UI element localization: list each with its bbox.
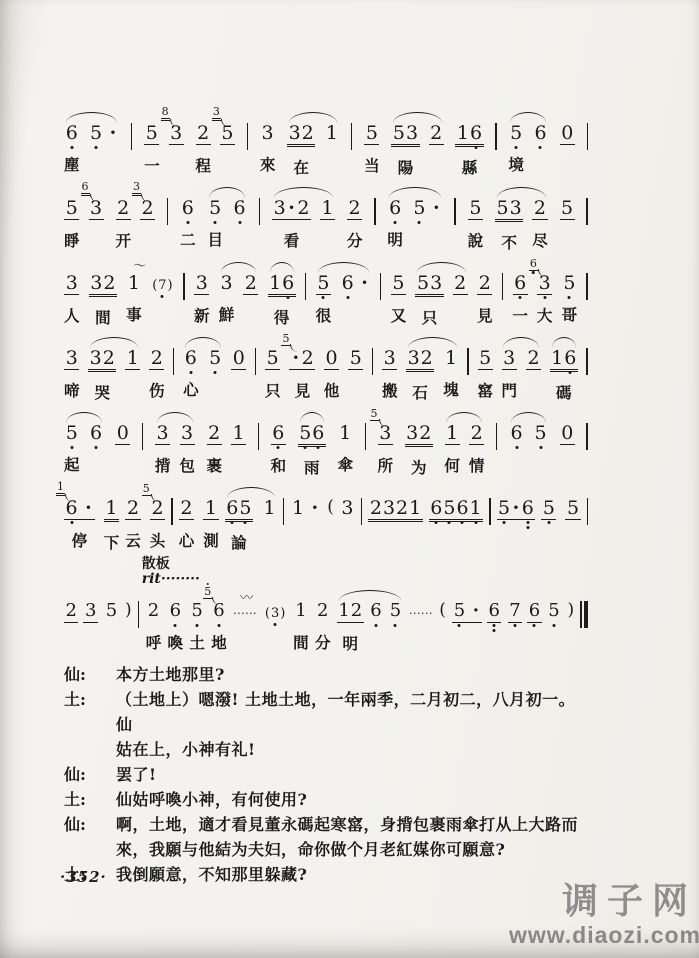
- digit: 1: [338, 601, 350, 621]
- lyric-text: 雨: [304, 459, 320, 477]
- note: 5: [208, 348, 223, 369]
- note-group: 3·2看1: [272, 183, 335, 250]
- note-group: 32石1塊: [406, 333, 459, 402]
- note-group: 56雨: [298, 408, 326, 477]
- lyric-text: 土: [189, 634, 205, 652]
- note-digits: 6: [509, 423, 524, 444]
- note-digits: 6: [513, 273, 528, 295]
- octave-dot: [231, 521, 234, 524]
- note: 1: [324, 123, 339, 144]
- note-group: 16得: [268, 258, 296, 327]
- note-digits: 2321: [368, 498, 422, 522]
- digit: ·: [290, 348, 301, 368]
- digit: 5: [498, 498, 511, 518]
- lyric-text: 程: [195, 157, 211, 175]
- note: 2分: [315, 601, 331, 652]
- dialogue-row: 土:（土地上）嗯潑! 土地土地，一年兩季，二月初二，八月初一。仙姑在上，小神有礼…: [64, 687, 590, 762]
- lyric-text: 搬: [382, 382, 398, 400]
- digit: 2: [350, 601, 362, 621]
- digit: 2: [197, 123, 210, 143]
- note: 1傘: [337, 423, 353, 474]
- barline: [259, 198, 260, 225]
- note-digits: 3: [64, 273, 79, 295]
- barline: [142, 423, 143, 450]
- note: 2見: [477, 273, 493, 325]
- note: (3): [263, 601, 286, 621]
- lyric-text: 二: [180, 231, 196, 249]
- octave-dot: [206, 583, 209, 586]
- digit: 3: [382, 498, 395, 518]
- note-digits: 5: [208, 348, 223, 369]
- digit: 1: [204, 498, 217, 518]
- note-digits: 1: [443, 348, 458, 369]
- note: 1下: [104, 498, 120, 552]
- digit: 5: [510, 123, 523, 143]
- note-group: 0: [560, 108, 575, 145]
- digit: 1: [232, 423, 245, 443]
- lyric-text: 新: [194, 307, 210, 325]
- note: 53不: [495, 198, 523, 252]
- note-group: 6二: [180, 183, 196, 249]
- note-digits: 3: [64, 348, 79, 370]
- digit: 2: [396, 498, 409, 518]
- note-group: 53只2: [415, 258, 467, 327]
- note-group: 5: [560, 183, 575, 220]
- note-digits: 6: [271, 423, 286, 445]
- digit: 5: [65, 423, 78, 443]
- lyric-text: 傘: [337, 456, 353, 474]
- digit: 5: [209, 198, 222, 218]
- note-digits: 5: [533, 423, 548, 444]
- note-group: 12明65: [337, 586, 403, 653]
- note-digits: 6: [232, 198, 247, 219]
- octave-dot: [435, 521, 438, 524]
- note: 16碼: [550, 348, 578, 402]
- note: 53只: [415, 273, 443, 327]
- note-group: 5很6·: [316, 258, 371, 325]
- digit: 5: [191, 601, 203, 621]
- paren-mark: ): [567, 601, 574, 619]
- note-digits: 2: [532, 198, 547, 220]
- digit: 2: [150, 348, 163, 368]
- note-group: 5窰: [477, 333, 493, 400]
- octave-dot: [287, 296, 290, 299]
- note: 3: [340, 498, 355, 519]
- octave-dot: [374, 624, 377, 627]
- note-group: 3新: [194, 258, 210, 325]
- lyric-text: 伤: [149, 382, 165, 400]
- lyric-text: 陽: [398, 159, 414, 177]
- digit: 2: [430, 123, 443, 143]
- digit: 6: [65, 498, 78, 518]
- note-group: 2裹1: [206, 408, 246, 475]
- lyric-text: 大: [537, 307, 553, 325]
- note: 5当: [364, 123, 380, 175]
- barline: [586, 198, 587, 225]
- note-digits: ·2: [289, 348, 315, 370]
- digit: ·: [83, 498, 94, 518]
- digit: 2: [478, 273, 491, 293]
- digit: 2: [420, 348, 433, 368]
- note: 1: [231, 423, 246, 445]
- note-digits: 5: [388, 601, 402, 622]
- note: 2程: [195, 123, 211, 175]
- digit: 6: [521, 498, 534, 518]
- note-digits: 12: [337, 601, 364, 623]
- dialogue-text: 罢了!: [116, 762, 157, 787]
- note: 2尽: [532, 198, 548, 250]
- note-digits: 6: [212, 601, 226, 622]
- note-group: 3人: [64, 258, 80, 325]
- note-group: 5: [104, 586, 118, 622]
- barline: [351, 123, 352, 150]
- note: 1間: [293, 601, 309, 652]
- octave-dot: [70, 521, 73, 524]
- note-digits: 3: [260, 123, 275, 144]
- page-number: ·352·: [60, 868, 107, 886]
- note-digits: 3: [219, 273, 234, 294]
- note: 6561: [429, 498, 483, 522]
- octave-dot: [70, 446, 73, 449]
- digit: 1: [321, 198, 334, 218]
- note-digits: 5: [478, 348, 493, 370]
- note-group: 0: [115, 408, 130, 445]
- digit: 6: [226, 498, 239, 518]
- digit: 6: [65, 123, 78, 143]
- note: 5: [388, 601, 402, 622]
- note-group: 6明5·: [387, 183, 442, 249]
- note-group: 0: [231, 333, 246, 370]
- note-group: 5只5·2見: [265, 333, 315, 400]
- note: 56雨: [298, 423, 326, 477]
- digit: 2: [317, 601, 329, 621]
- digit: 7: [509, 601, 521, 621]
- barline: [374, 198, 375, 225]
- note-digits: 5: [316, 273, 331, 295]
- digit: 6: [389, 198, 402, 218]
- octave-dot: [474, 521, 477, 524]
- note-digits: 3: [155, 423, 170, 445]
- watermark-site-name: 调子网: [509, 880, 697, 922]
- barline: [247, 123, 248, 150]
- digit: 2: [208, 423, 221, 443]
- digit: 3: [509, 198, 522, 218]
- lyric-text: 境: [508, 156, 524, 174]
- note-digits: 1: [126, 273, 141, 294]
- note-digits: 6·: [64, 498, 95, 520]
- octave-dot: [322, 296, 325, 299]
- digit: 5: [365, 123, 378, 143]
- barline: [255, 348, 256, 375]
- note-group: 1·: [290, 483, 321, 519]
- digit: 5: [349, 348, 362, 368]
- note-group: 散板rit········2呼: [146, 586, 162, 652]
- digit: 5: [105, 601, 117, 621]
- note-group: 0他5: [324, 333, 364, 400]
- lyric-text: 喚: [168, 634, 184, 652]
- note-group: 5睜63: [64, 183, 104, 250]
- note-group: 3: [340, 483, 355, 519]
- note: 2裹: [206, 423, 222, 475]
- speaker-label: 土:: [64, 687, 116, 762]
- note: 5又: [391, 273, 407, 325]
- octave-dot: [503, 521, 506, 524]
- digit: 2: [65, 601, 77, 621]
- digit: ): [167, 279, 173, 292]
- digit: 6: [169, 601, 181, 621]
- octave-dot: [493, 629, 496, 632]
- digit: 3: [503, 348, 516, 368]
- barline: [361, 498, 362, 525]
- paren-mark: (: [327, 498, 334, 516]
- note: 2: [429, 123, 444, 145]
- note-group: 1傘: [337, 408, 353, 474]
- note: 63大: [537, 273, 553, 325]
- digit: 3: [195, 273, 208, 293]
- digit: 2: [103, 273, 116, 293]
- lyric-text: 云: [125, 532, 141, 550]
- barline: [258, 423, 259, 450]
- note-digits: 2: [150, 498, 165, 520]
- tempo-label: 散板: [142, 557, 200, 572]
- digit: 2: [141, 198, 154, 218]
- digit: 6: [341, 273, 354, 293]
- note-digits: 3: [502, 348, 517, 370]
- score-system-3: 3人32間〜1事(7)3新3鮮216得5很6·5又53只22見6一63大5哥: [64, 258, 588, 328]
- digit: 5: [479, 348, 492, 368]
- score-system-6: 16·停1下2云52头2心1測65論11·(3232165615·655: [64, 483, 588, 553]
- lyric-text: 石: [412, 384, 428, 402]
- octave-dot: [244, 521, 247, 524]
- lyric-text: 下: [104, 534, 120, 552]
- digit: 5: [239, 498, 252, 518]
- note-group: 53不2尽: [495, 183, 548, 252]
- note-digits: 5: [348, 348, 363, 370]
- note: 1: [320, 198, 335, 220]
- lyric-text: 为: [411, 459, 427, 477]
- digit: 3: [273, 198, 286, 218]
- digit: 2: [419, 423, 432, 443]
- note-digits: 1: [324, 123, 339, 144]
- digit: 2: [147, 601, 159, 621]
- note-digits: 2: [196, 123, 211, 145]
- note-digits: 2: [125, 498, 140, 520]
- note-digits: 65: [225, 498, 253, 522]
- note: 5說: [468, 198, 484, 250]
- note: 5: [104, 601, 118, 622]
- note: 35: [220, 123, 235, 145]
- digit: 5: [65, 198, 78, 218]
- note-group: 2程35: [195, 108, 235, 175]
- note: 3人: [64, 273, 80, 325]
- digit: ·: [471, 601, 481, 621]
- note: 5·6: [497, 498, 536, 520]
- note: 6明: [387, 198, 403, 249]
- note: 3新: [194, 273, 210, 325]
- rit-label: rit········: [142, 572, 200, 586]
- note-group: 3揹3包: [155, 408, 195, 475]
- lyric-text: 在: [293, 159, 309, 177]
- note: 5哥: [562, 273, 578, 324]
- note-digits: 2: [207, 423, 222, 445]
- lyric-text: 鮮: [219, 306, 235, 324]
- octave-dot: [394, 221, 397, 224]
- mordent-mark: 〜: [133, 262, 145, 272]
- digit: 1: [295, 601, 307, 621]
- dialogue-line: 我倒願意，不知那里躲藏?: [116, 862, 307, 887]
- note: 5: [547, 601, 561, 622]
- grace-note: 5: [281, 333, 290, 346]
- note-digits: 2: [347, 198, 362, 220]
- final-barline: [580, 601, 587, 628]
- digit: 6: [282, 273, 295, 293]
- note-group: 6塵5·: [64, 108, 119, 174]
- note: 1: [262, 498, 277, 519]
- digit: ·: [310, 498, 321, 518]
- note-digits: 5: [560, 198, 575, 220]
- note: 5目: [207, 198, 223, 249]
- lyric-text: 停: [72, 532, 88, 550]
- octave-dot: [569, 371, 572, 374]
- note-group: 32間: [89, 258, 117, 327]
- lyric-text: 得: [274, 309, 290, 327]
- note-digits: 1·: [290, 498, 321, 519]
- note-digits: 2: [64, 601, 78, 623]
- note-digits: 1: [203, 498, 218, 520]
- lyric-text: 呼: [146, 634, 162, 652]
- digit: 3: [406, 423, 419, 443]
- digit: 2: [117, 198, 130, 218]
- octave-dot: [274, 623, 277, 626]
- note-digits: 5·: [412, 198, 443, 219]
- note-digits: 3: [83, 601, 97, 623]
- lyric-text: 当: [364, 157, 380, 175]
- lyric-text: 只: [422, 309, 438, 327]
- digit: 6: [90, 423, 103, 443]
- digit: 3: [379, 423, 392, 443]
- note-digits: 5: [562, 273, 577, 294]
- note: 16縣: [455, 123, 483, 177]
- digit: 1: [127, 273, 140, 293]
- digit: 3: [65, 273, 78, 293]
- note-digits: 2: [477, 273, 492, 295]
- digit: 1: [339, 423, 352, 443]
- note-digits: 0: [115, 423, 130, 445]
- note: 6一: [512, 273, 528, 325]
- digit: 6: [456, 498, 469, 518]
- octave-dot: [533, 624, 536, 627]
- digit: 5: [90, 123, 103, 143]
- note-digits: 16: [455, 123, 483, 147]
- digit: 5: [416, 273, 429, 293]
- barline: [454, 198, 455, 225]
- score-system-4: 3啼32哭12伤6心505只5·2見0他53搬32石1塊5窰3門216碼: [64, 333, 588, 403]
- octave-dot: [214, 221, 217, 224]
- digit: 3: [220, 273, 233, 293]
- digit: 3: [341, 498, 354, 518]
- note-group: 3鮮2: [219, 258, 259, 324]
- note-digits: 0: [560, 423, 575, 445]
- note: 5: [541, 498, 556, 520]
- note-group: 5哥: [562, 258, 578, 324]
- grace-note: 6: [81, 181, 90, 196]
- note-digits: 5: [265, 348, 280, 370]
- note-digits: 0: [324, 348, 339, 370]
- note: 63: [89, 198, 104, 220]
- note-group: 2321: [368, 483, 422, 522]
- note: 2呼: [146, 601, 162, 652]
- lyric-text: 縣: [462, 159, 478, 177]
- note: 3門: [501, 348, 517, 400]
- note-digits: 32: [89, 273, 117, 297]
- dialogue-row: 仙:罢了!: [64, 762, 590, 787]
- note-group: 65論1: [225, 483, 277, 552]
- note-group: 53所: [378, 408, 394, 475]
- note: 2分: [347, 198, 363, 250]
- note-digits: 6: [180, 198, 195, 219]
- lyric-text: 明: [343, 635, 359, 653]
- note: 3揹: [155, 423, 171, 475]
- lyric-text: 心: [179, 532, 195, 550]
- digit: ·: [108, 123, 119, 143]
- note-group: 23: [64, 586, 98, 623]
- note: 5·: [452, 601, 482, 623]
- note: 0: [560, 423, 575, 445]
- digit: 1: [105, 498, 118, 518]
- lyric-text: 來: [260, 156, 276, 174]
- note-digits: 1: [338, 423, 353, 444]
- dialogue-text: 仙姑呼喚小神，有何使用?: [116, 787, 307, 812]
- digit: 5: [548, 601, 560, 621]
- note-digits: 5: [509, 123, 524, 144]
- digit: 6: [370, 601, 382, 621]
- dialogue: 仙:本方土地那里?土:（土地上）嗯潑! 土地土地，一年兩季，二月初二，八月初一。…: [64, 662, 590, 887]
- note: 5·: [412, 198, 443, 219]
- note: 32間: [89, 273, 117, 327]
- octave-dot: [493, 624, 496, 627]
- note: 2情: [469, 423, 485, 475]
- note-group: 32在1: [287, 108, 339, 177]
- note-digits: 3: [382, 348, 397, 370]
- note-digits: 1: [320, 198, 335, 220]
- lyric-text: 所: [378, 457, 394, 475]
- octave-dot: [514, 624, 517, 627]
- note-group: 2开32: [115, 183, 155, 250]
- dialogue-text: 啊，土地，適才看見董永碼起寒窰，身揹包裹雨傘打从上大路而來，我願与他結为夫妇，命…: [116, 812, 578, 862]
- digit: 6: [213, 601, 225, 621]
- digit: 5: [317, 273, 330, 293]
- note-digits: 2: [453, 273, 468, 295]
- octave-dot: [539, 146, 542, 149]
- barline: [586, 273, 587, 300]
- note-digits: 32: [287, 123, 315, 147]
- barline: [183, 273, 184, 300]
- barline: [587, 123, 588, 150]
- note: 12明: [337, 601, 364, 653]
- note: 6: [487, 601, 501, 623]
- digit: 5: [392, 273, 405, 293]
- digit: 3: [170, 123, 183, 143]
- note-group: 56地: [211, 586, 227, 652]
- note-group: 5目6: [207, 183, 247, 249]
- note: 2伤: [149, 348, 165, 400]
- note-group: 2云52头: [125, 483, 165, 550]
- digit: 1: [446, 423, 459, 443]
- note-digits: 16: [550, 348, 578, 372]
- dialogue-row: 仙:本方土地那里?: [64, 662, 590, 687]
- digit: 6: [312, 423, 325, 443]
- note: 2: [526, 348, 541, 370]
